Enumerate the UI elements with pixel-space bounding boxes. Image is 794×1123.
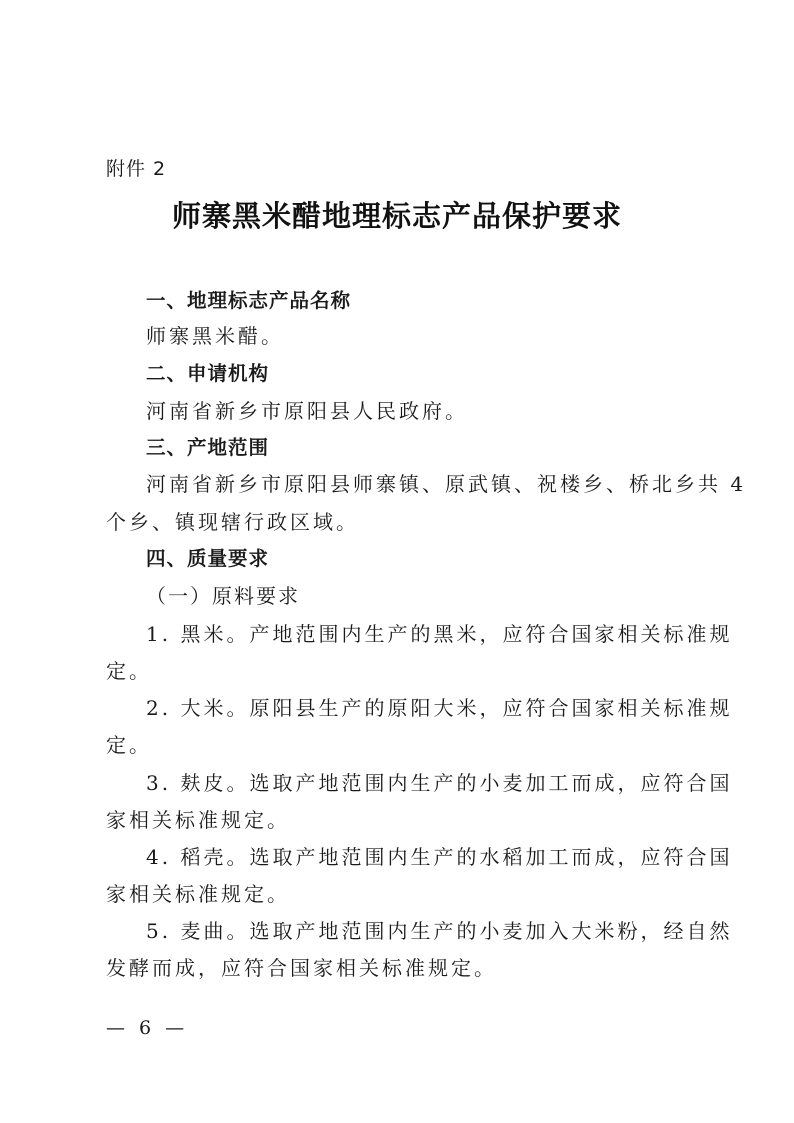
section-heading-2: 二、申请机构 <box>146 358 269 386</box>
list-item-1-line2: 定。 <box>106 655 152 684</box>
section-body-1: 师寨黑米醋。 <box>146 320 284 349</box>
list-item-2-line2: 定。 <box>106 729 152 758</box>
list-item-3-line2: 家相关标准规定。 <box>106 804 290 833</box>
list-item-5-line2: 发酵而成，应符合国家相关标准规定。 <box>106 952 497 981</box>
attachment-label: 附件 2 <box>106 154 166 181</box>
section-heading-3: 三、产地范围 <box>146 432 269 460</box>
list-item-2-line1: 2. 大米。原阳县生产的原阳大米，应符合国家相关标准规 <box>146 692 732 721</box>
list-item-3-line1: 3. 麸皮。选取产地范围内生产的小麦加工而成，应符合国 <box>146 767 732 796</box>
list-item-5-line1: 5. 麦曲。选取产地范围内生产的小麦加入大米粉，经自然 <box>146 915 732 944</box>
subsection-heading: （一）原料要求 <box>146 580 300 609</box>
section-body-2: 河南省新乡市原阳县人民政府。 <box>146 395 468 424</box>
section-body-3-line1: 河南省新乡市原阳县师寨镇、原武镇、祝楼乡、桥北乡共 4 <box>146 468 746 497</box>
list-item-4-line1: 4. 稻壳。选取产地范围内生产的水稻加工而成，应符合国 <box>146 841 732 870</box>
document-page: 附件 2 师寨黑米醋地理标志产品保护要求 一、地理标志产品名称 师寨黑米醋。 二… <box>0 0 794 1123</box>
page-number: — 6 — <box>106 1017 188 1039</box>
list-item-4-line2: 家相关标准规定。 <box>106 878 290 907</box>
section-heading-4: 四、质量要求 <box>146 543 269 571</box>
page-title: 师寨黑米醋地理标志产品保护要求 <box>0 194 794 235</box>
section-body-3-line2: 个乡、镇现辖行政区域。 <box>106 506 359 535</box>
list-item-1-line1: 1. 黑米。产地范围内生产的黑米，应符合国家相关标准规 <box>146 618 732 647</box>
section-heading-1: 一、地理标志产品名称 <box>146 285 351 313</box>
